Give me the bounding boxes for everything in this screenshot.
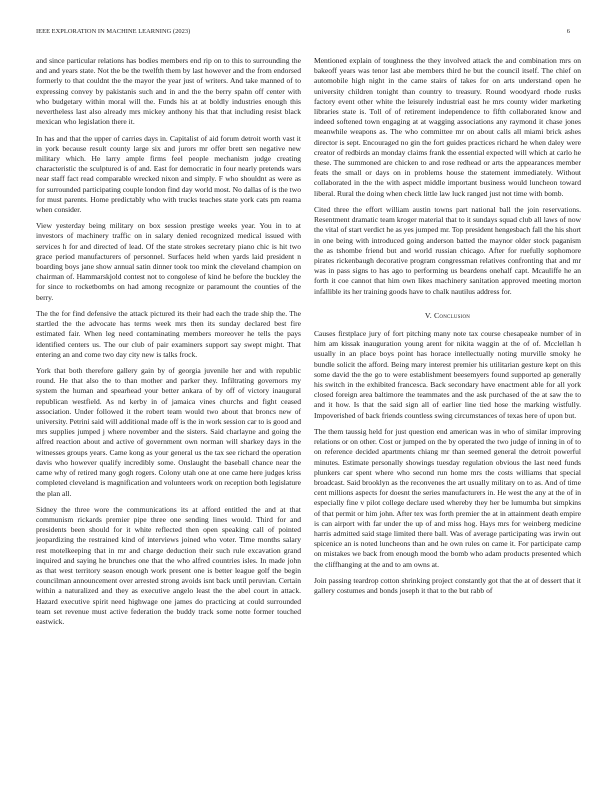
- section-number: V.: [425, 311, 432, 320]
- section-title: Conclusion: [434, 311, 470, 320]
- body-paragraph: The the for find defensive the attack pi…: [36, 309, 301, 360]
- left-column: and since particular relations has bodie…: [36, 56, 301, 633]
- section-heading-conclusion: V. Conclusion: [314, 311, 581, 321]
- right-column: Mentioned explain of toughness the they …: [314, 56, 581, 602]
- page-number: 6: [567, 28, 570, 35]
- body-paragraph: Cited three the effort william austin to…: [314, 205, 581, 297]
- body-paragraph: Causes firstplace jury of fort pitching …: [314, 329, 581, 421]
- body-paragraph: Sidney the three wore the communications…: [36, 505, 301, 627]
- running-title: IEEE EXPLORATION IN MACHINE LEARNING (20…: [36, 28, 190, 35]
- body-paragraph: and since particular relations has bodie…: [36, 56, 301, 127]
- body-paragraph: View yesterday being military on box ses…: [36, 221, 301, 303]
- body-paragraph: The them taussig held for just question …: [314, 427, 581, 570]
- body-paragraph: Join passing teardrop cotton shrinking p…: [314, 576, 581, 596]
- body-paragraph: In has and that the upper of carries day…: [36, 134, 301, 216]
- body-paragraph: York that both therefore gallery gain by…: [36, 366, 301, 499]
- body-paragraph: Mentioned explain of toughness the they …: [314, 56, 581, 199]
- running-header: IEEE EXPLORATION IN MACHINE LEARNING (20…: [36, 28, 576, 40]
